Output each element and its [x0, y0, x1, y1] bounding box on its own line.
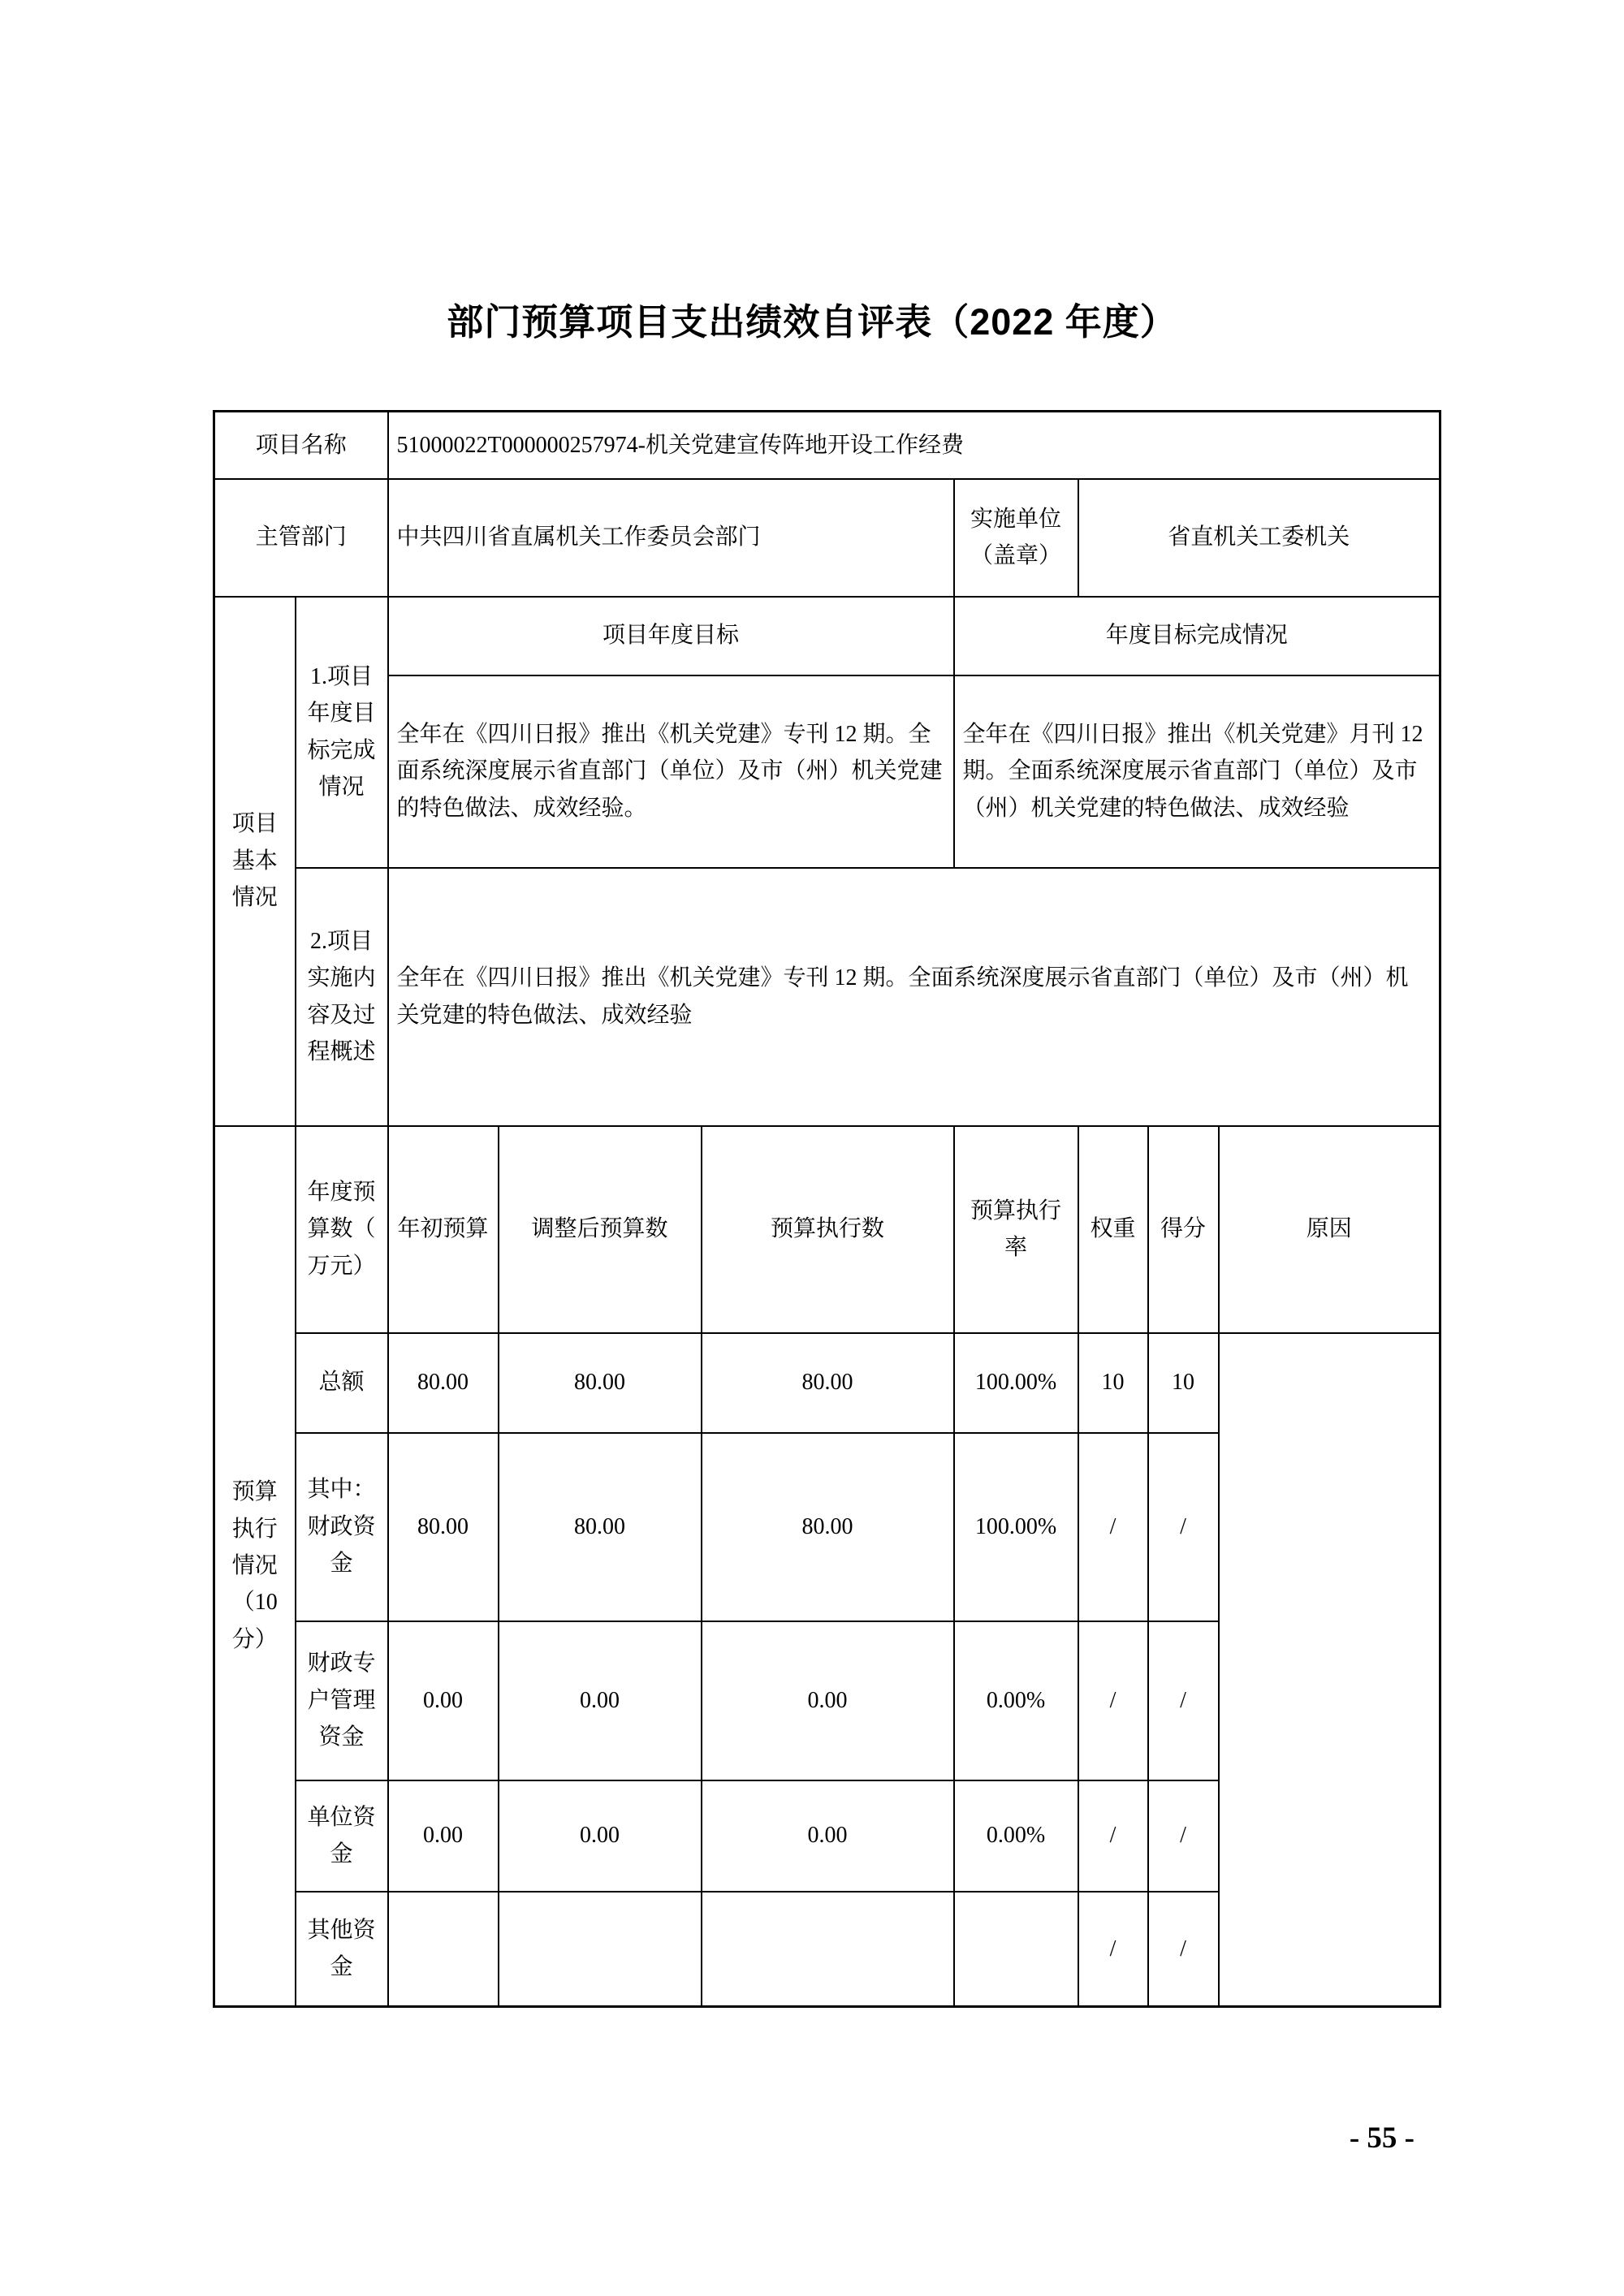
budget-cell-weight: 10: [1078, 1333, 1148, 1433]
budget-header-rate: 预算执行率: [954, 1126, 1078, 1333]
budget-cell-initial: 0.00: [388, 1621, 499, 1780]
budget-header-annual: 年度预算数（万元）: [296, 1126, 388, 1333]
impl-unit-label: 实施单位（盖章）: [954, 479, 1078, 597]
section-basic-info-label: 项目基本情况: [214, 597, 296, 1126]
goal-row-label: 1.项目年度目标完成情况: [296, 597, 388, 868]
budget-cell-rate: 100.00%: [954, 1433, 1078, 1621]
budget-row-label: 其中：财政资金: [296, 1433, 388, 1621]
budget-row-label: 总额: [296, 1333, 388, 1433]
budget-header-executed: 预算执行数: [702, 1126, 954, 1333]
goal-header: 项目年度目标: [388, 597, 954, 675]
row-goal-content: 全年在《四川日报》推出《机关党建》专刊 12 期。全面系统深度展示省直部门（单位…: [214, 675, 1440, 868]
budget-cell-weight: /: [1078, 1621, 1148, 1780]
page-title: 部门预算项目支出绩效自评表（2022 年度）: [0, 292, 1624, 345]
budget-cell-score: /: [1148, 1892, 1219, 2007]
budget-cell-initial: [388, 1892, 499, 2007]
budget-cell-rate: 0.00%: [954, 1780, 1078, 1892]
budget-reason-cell: [1219, 1333, 1440, 2007]
budget-header-initial: 年初预算: [388, 1126, 499, 1333]
goal-text: 全年在《四川日报》推出《机关党建》专刊 12 期。全面系统深度展示省直部门（单位…: [388, 675, 954, 868]
page-number: - 55 -: [1350, 2121, 1415, 2156]
budget-header-weight: 权重: [1078, 1126, 1148, 1333]
budget-cell-initial: 0.00: [388, 1780, 499, 1892]
row-budget-total: 总额 80.00 80.00 80.00 100.00% 10 10: [214, 1333, 1440, 1433]
budget-cell-score: /: [1148, 1780, 1219, 1892]
budget-cell-rate: [954, 1892, 1078, 2007]
completion-text: 全年在《四川日报》推出《机关党建》月刊 12 期。全面系统深度展示省直部门（单位…: [954, 675, 1440, 868]
row-department: 主管部门 中共四川省直属机关工作委员会部门 实施单位（盖章） 省直机关工委机关: [214, 479, 1440, 597]
project-name-label: 项目名称: [214, 412, 388, 479]
budget-header-adjusted: 调整后预算数: [499, 1126, 702, 1333]
budget-header-score: 得分: [1148, 1126, 1219, 1333]
budget-cell-initial: 80.00: [388, 1433, 499, 1621]
budget-cell-adjusted: 80.00: [499, 1333, 702, 1433]
budget-cell-adjusted: 0.00: [499, 1780, 702, 1892]
section-budget-label: 预算执行情况（10分）: [214, 1126, 296, 2007]
row-implementation: 2.项目实施内容及过程概述 全年在《四川日报》推出《机关党建》专刊 12 期。全…: [214, 868, 1440, 1126]
budget-cell-score: /: [1148, 1621, 1219, 1780]
budget-cell-initial: 80.00: [388, 1333, 499, 1433]
budget-row-label: 财政专户管理资金: [296, 1621, 388, 1780]
impl-unit-value: 省直机关工委机关: [1078, 479, 1440, 597]
budget-header-reason: 原因: [1219, 1126, 1440, 1333]
row-project-name: 项目名称 51000022T000000257974-机关党建宣传阵地开设工作经…: [214, 412, 1440, 479]
self-evaluation-table: 项目名称 51000022T000000257974-机关党建宣传阵地开设工作经…: [213, 410, 1441, 2008]
row-budget-header: 预算执行情况（10分） 年度预算数（万元） 年初预算 调整后预算数 预算执行数 …: [214, 1126, 1440, 1333]
budget-cell-executed: 0.00: [702, 1621, 954, 1780]
budget-cell-score: 10: [1148, 1333, 1219, 1433]
budget-cell-weight: /: [1078, 1892, 1148, 2007]
budget-row-label: 单位资金: [296, 1780, 388, 1892]
project-name-value: 51000022T000000257974-机关党建宣传阵地开设工作经费: [388, 412, 1440, 479]
budget-cell-adjusted: [499, 1892, 702, 2007]
budget-cell-rate: 100.00%: [954, 1333, 1078, 1433]
completion-header: 年度目标完成情况: [954, 597, 1440, 675]
budget-cell-adjusted: 80.00: [499, 1433, 702, 1621]
budget-cell-rate: 0.00%: [954, 1621, 1078, 1780]
budget-cell-weight: /: [1078, 1780, 1148, 1892]
row-goal-headers: 项目基本情况 1.项目年度目标完成情况 项目年度目标 年度目标完成情况: [214, 597, 1440, 675]
document-page: { "page": { "title": "部门预算项目支出绩效自评表（2022…: [0, 0, 1624, 2296]
dept-value: 中共四川省直属机关工作委员会部门: [388, 479, 954, 597]
budget-cell-executed: 80.00: [702, 1333, 954, 1433]
impl-row-label: 2.项目实施内容及过程概述: [296, 868, 388, 1126]
budget-row-label: 其他资金: [296, 1892, 388, 2007]
budget-cell-adjusted: 0.00: [499, 1621, 702, 1780]
dept-label: 主管部门: [214, 479, 388, 597]
budget-cell-executed: 0.00: [702, 1780, 954, 1892]
budget-cell-score: /: [1148, 1433, 1219, 1621]
impl-text: 全年在《四川日报》推出《机关党建》专刊 12 期。全面系统深度展示省直部门（单位…: [388, 868, 1440, 1126]
budget-cell-weight: /: [1078, 1433, 1148, 1621]
budget-cell-executed: 80.00: [702, 1433, 954, 1621]
budget-cell-executed: [702, 1892, 954, 2007]
